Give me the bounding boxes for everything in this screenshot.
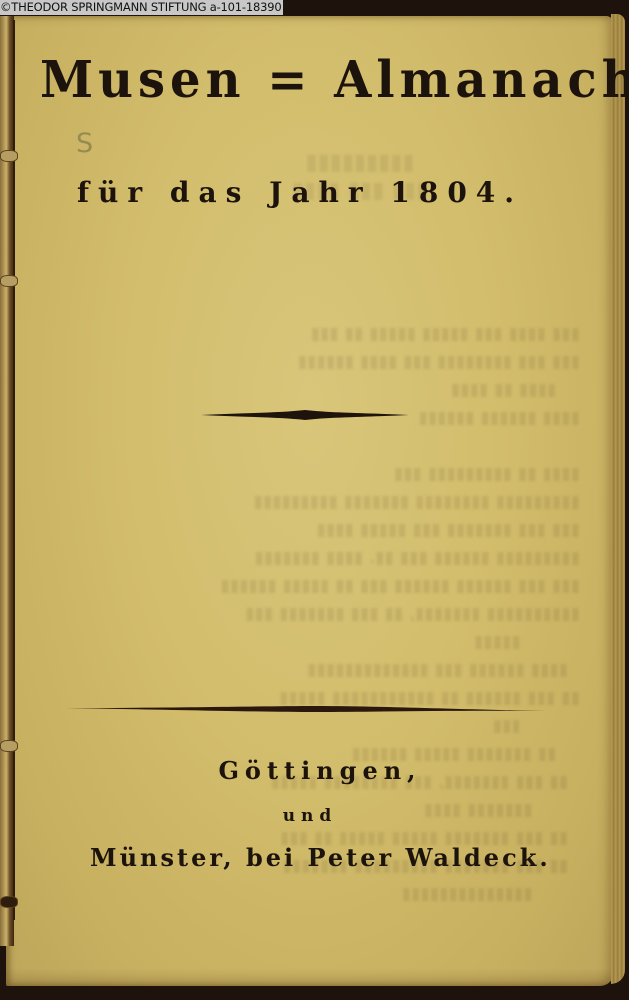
publisher-imprint: Münster, bei Peter Waldeck.: [90, 843, 530, 872]
page-bottom-edge: [6, 968, 614, 986]
binding-thread: [0, 150, 18, 162]
binding-thread: [0, 896, 18, 908]
place-of-publication: Göttingen,: [200, 756, 440, 785]
book-scan: ▮▮▮▮▮▮▮▮▮ ▮▮▮ ▮▮▮ ▮▮▮▮ ▮▮▮ ▮▮▮▮ ▮▮▮ ▮▮▮▮…: [0, 0, 629, 1000]
binding-thread: [0, 275, 18, 287]
book-subtitle: für das Jahr 1804.: [60, 176, 540, 209]
stamp-letter: S: [76, 128, 93, 159]
book-title: Musen = Almanach: [40, 51, 600, 110]
page-stack-edge: [611, 14, 625, 984]
ornamental-rule-bottom: [66, 704, 546, 714]
binding-thread: [0, 740, 18, 752]
copyright-watermark: ©THEODOR SPRINGMANN STIFTUNG a-101-18390: [0, 0, 283, 15]
ornamental-rule-top: [199, 409, 411, 421]
conjunction: und: [240, 806, 380, 826]
